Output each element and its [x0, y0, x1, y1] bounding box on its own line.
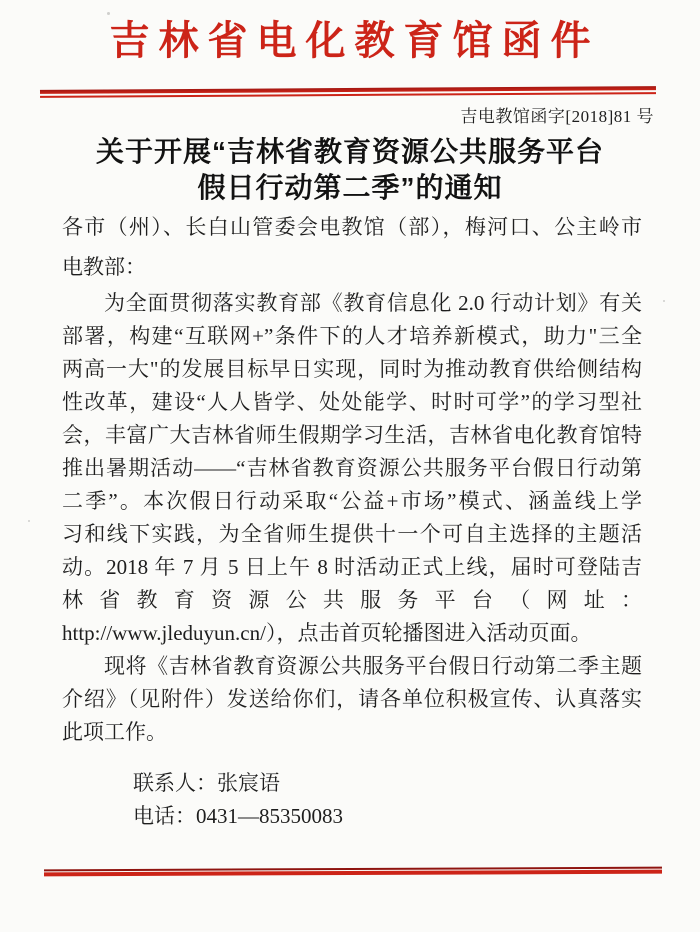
letterhead-title: 吉林省电化教育馆函件 — [0, 14, 700, 68]
body-paragraph-1: 为全面贯彻落实教育部《教育信息化 2.0 行动计划》有关部署，构建“互联网+”条… — [62, 287, 642, 650]
text-line: 会，丰富广大吉林省师生假期学习生活，吉林省电化教育馆特 — [62, 419, 642, 452]
text-line: 现将《吉林省教育资源公共服务平台假日行动第二季主题 — [62, 650, 642, 683]
text-line: 电教部： — [62, 247, 642, 287]
letter-body: 各市（州）、长白山管委会电教馆（部），梅河口、公主岭市电教部： 为全面贯彻落实教… — [0, 207, 700, 833]
contact-person: 联系人：张宸语 — [133, 767, 642, 800]
text-line: 为全面贯彻落实教育部《教育信息化 2.0 行动计划》有关 — [62, 287, 642, 320]
footer-double-rule — [44, 867, 662, 877]
contact-block: 联系人：张宸语 电话：0431—85350083 — [62, 767, 642, 833]
document-reference-number: 吉电教馆函字[2018]81 号 — [0, 105, 654, 129]
text-line: 两高一大"的发展目标早日实现，同时为推动教育供给侧结构 — [62, 353, 642, 386]
text-line: 部署，构建“互联网+”条件下的人才培养新模式，助力"三全 — [62, 320, 642, 353]
scan-speck — [505, 668, 508, 670]
scan-speck — [28, 520, 30, 522]
text-line: 二季”。本次假日行动采取“公益+市场”模式、涵盖线上学 — [62, 485, 642, 518]
scan-speck — [107, 12, 110, 15]
text-line: 介绍》（见附件）发送给你们，请各单位积极宣传、认真落实 — [62, 683, 642, 716]
scanned-letter-page: 吉林省电化教育馆函件 吉电教馆函字[2018]81 号 关于开展“吉林省教育资源… — [0, 0, 700, 932]
body-paragraph-2: 现将《吉林省教育资源公共服务平台假日行动第二季主题介绍》（见附件）发送给你们，请… — [62, 650, 642, 749]
text-line: 动。2018 年 7 月 5 日上午 8 时活动正式上线，届时可登陆吉 — [62, 551, 642, 584]
text-line: 推出暑期活动——“吉林省教育资源公共服务平台假日行动第 — [62, 452, 642, 485]
notice-title: 关于开展“吉林省教育资源公共服务平台 假日行动第二季”的通知 — [0, 134, 700, 206]
notice-title-line2: 假日行动第二季”的通知 — [0, 170, 700, 206]
text-line: 此项工作。 — [62, 716, 642, 749]
notice-title-line1: 关于开展“吉林省教育资源公共服务平台 — [0, 134, 700, 170]
text-line: 性改革，建设“人人皆学、处处能学、时时可学”的学习型社 — [62, 386, 642, 419]
header-double-rule — [40, 86, 656, 98]
text-line: 习和线下实践，为全省师生提供十一个可自主选择的主题活 — [62, 518, 642, 551]
text-line: 各市（州）、长白山管委会电教馆（部），梅河口、公主岭市 — [62, 207, 642, 247]
text-line: http://www.jleduyun.cn/），点击首页轮播图进入活动页面。 — [62, 617, 642, 650]
contact-phone: 电话：0431—85350083 — [133, 800, 642, 833]
text-line: 林省教育资源公共服务平台（网址： — [62, 584, 642, 617]
scan-speck — [663, 300, 665, 302]
salutation: 各市（州）、长白山管委会电教馆（部），梅河口、公主岭市电教部： — [62, 207, 642, 287]
